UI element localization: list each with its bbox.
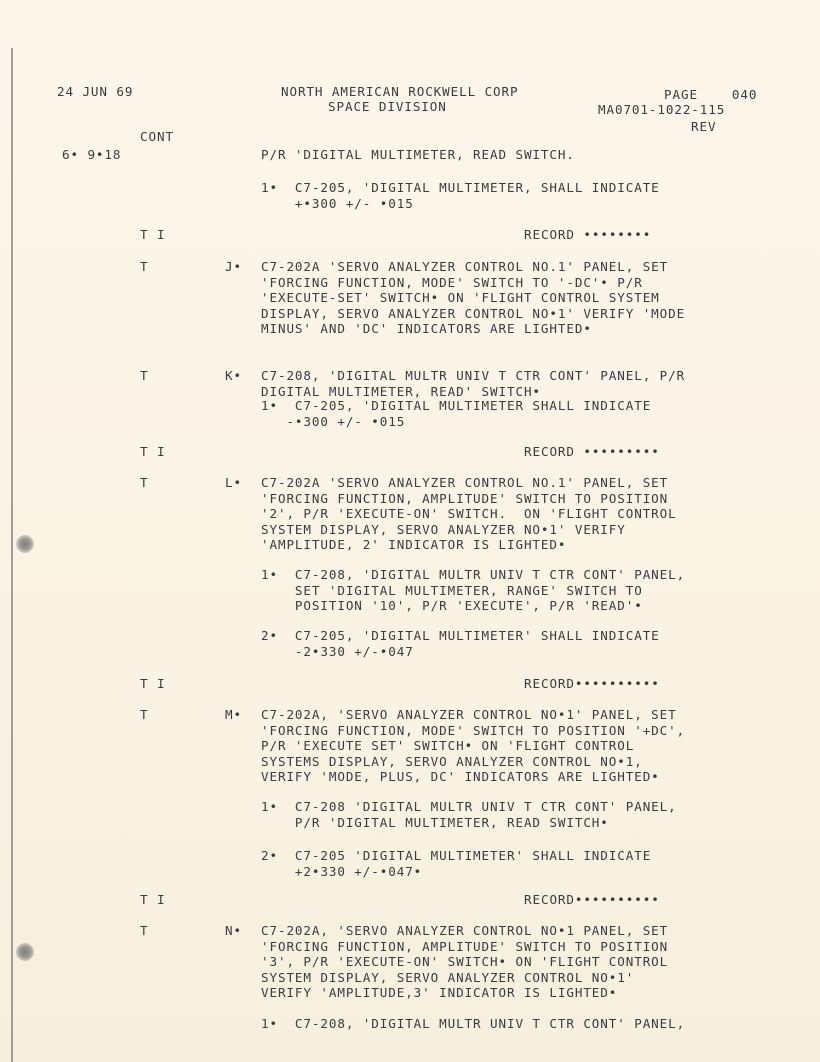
step-letter: L• [225, 475, 242, 491]
step-letter: M• [225, 707, 242, 723]
substep-text-line: 1• C7-208, 'DIGITAL MULTR UNIV T CTR CON… [261, 567, 685, 583]
header-revision: REV [691, 119, 716, 135]
test-code: T [140, 923, 148, 939]
step-text-line: C7-208, 'DIGITAL MULTR UNIV T CTR CONT' … [261, 368, 685, 384]
punch-hole-mark [16, 943, 34, 961]
record-field: RECORD•••••••••• [524, 892, 660, 908]
header-page-number: PAGE 040 [664, 87, 757, 103]
record-field: RECORD •••••••• [524, 227, 651, 243]
substep-text-line: 1• C7-205, 'DIGITAL MULTIMETER SHALL IND… [261, 398, 651, 414]
record-field: RECORD•••••••••• [524, 676, 660, 692]
step-text-line: 'FORCING FUNCTION, MODE' SWITCH TO POSIT… [261, 723, 685, 739]
punch-hole-mark [16, 535, 34, 553]
step-text-line: P/R 'EXECUTE SET' SWITCH• ON 'FLIGHT CON… [261, 738, 634, 754]
substep-text-line: -2•330 +/-•047 [261, 644, 414, 660]
section-number: 6• 9•18 [62, 147, 121, 163]
step-text-line: 'FORCING FUNCTION, AMPLITUDE' SWITCH TO … [261, 491, 668, 507]
step-text-line: C7-202A 'SERVO ANALYZER CONTROL NO.1' PA… [261, 475, 668, 491]
step-text-line: SYSTEMS DISPLAY, SERVO ANALYZER CONTROL … [261, 754, 643, 770]
step-text-line: '3', P/R 'EXECUTE-ON' SWITCH• ON 'FLIGHT… [261, 954, 668, 970]
document-page: 24 JUN 69 NORTH AMERICAN ROCKWELL CORP S… [0, 0, 820, 1062]
step-text-line: DIGITAL MULTIMETER, READ' SWITCH• [261, 384, 541, 400]
step-text-line: VERIFY 'MODE, PLUS, DC' INDICATORS ARE L… [261, 769, 660, 785]
header-document-number: MA0701-1022-115 [598, 102, 725, 118]
substep-text-line: 1• C7-205, 'DIGITAL MULTIMETER, SHALL IN… [261, 180, 660, 196]
step-text-line: SYSTEM DISPLAY, SERVO ANALYZER CONTROL N… [261, 970, 634, 986]
substep-text-line: POSITION '10', P/R 'EXECUTE', P/R 'READ'… [261, 598, 643, 614]
test-code: T I [140, 444, 165, 460]
test-code: T [140, 368, 148, 384]
binding-edge [11, 48, 13, 1062]
step-text-line: C7-202A 'SERVO ANALYZER CONTROL NO.1' PA… [261, 259, 668, 275]
substep-text-line: SET 'DIGITAL MULTIMETER, RANGE' SWITCH T… [261, 583, 643, 599]
substep-text-line: 2• C7-205, 'DIGITAL MULTIMETER' SHALL IN… [261, 628, 660, 644]
step-letter: N• [225, 923, 242, 939]
step-text-line: MINUS' AND 'DC' INDICATORS ARE LIGHTED• [261, 321, 592, 337]
test-code: T I [140, 227, 165, 243]
step-text-line: 'AMPLITUDE, 2' INDICATOR IS LIGHTED• [261, 537, 566, 553]
section-intro: P/R 'DIGITAL MULTIMETER, READ SWITCH. [261, 147, 575, 163]
header-company: NORTH AMERICAN ROCKWELL CORP [281, 84, 519, 100]
step-text-line: DISPLAY, SERVO ANALYZER CONTROL NO•1' VE… [261, 306, 685, 322]
record-field: RECORD ••••••••• [524, 444, 660, 460]
step-text-line: SYSTEM DISPLAY, SERVO ANALYZER NO•1' VER… [261, 522, 626, 538]
step-text-line: '2', P/R 'EXECUTE-ON' SWITCH. ON 'FLIGHT… [261, 506, 677, 522]
test-code: T I [140, 892, 165, 908]
step-letter: J• [225, 259, 242, 275]
test-code: T [140, 259, 148, 275]
header-date: 24 JUN 69 [57, 84, 133, 100]
substep-text-line: 2• C7-205 'DIGITAL MULTIMETER' SHALL IND… [261, 848, 651, 864]
header-division: SPACE DIVISION [328, 99, 447, 115]
step-text-line: 'FORCING FUNCTION, MODE' SWITCH TO '-DC'… [261, 275, 643, 291]
substep-text-line: 1• C7-208, 'DIGITAL MULTR UNIV T CTR CON… [261, 1016, 685, 1032]
substep-text-line: +•300 +/- •015 [261, 196, 414, 212]
test-code: T I [140, 676, 165, 692]
step-text-line: C7-202A, 'SERVO ANALYZER CONTROL NO•1 PA… [261, 923, 668, 939]
step-text-line: 'FORCING FUNCTION, AMPLITUDE' SWITCH TO … [261, 939, 668, 955]
step-text-line: 'EXECUTE-SET' SWITCH• ON 'FLIGHT CONTROL… [261, 290, 660, 306]
substep-text-line: +2•330 +/-•047• [261, 864, 422, 880]
substep-text-line: -•300 +/- •015 [261, 414, 405, 430]
test-code: T [140, 707, 148, 723]
substep-text-line: 1• C7-208 'DIGITAL MULTR UNIV T CTR CONT… [261, 799, 677, 815]
substep-text-line: P/R 'DIGITAL MULTIMETER, READ SWITCH• [261, 815, 609, 831]
step-text-line: VERIFY 'AMPLITUDE,3' INDICATOR IS LIGHTE… [261, 985, 617, 1001]
step-text-line: C7-202A, 'SERVO ANALYZER CONTROL NO•1' P… [261, 707, 677, 723]
test-code: T [140, 475, 148, 491]
continued-label: CONT [140, 129, 174, 145]
step-letter: K• [225, 368, 242, 384]
